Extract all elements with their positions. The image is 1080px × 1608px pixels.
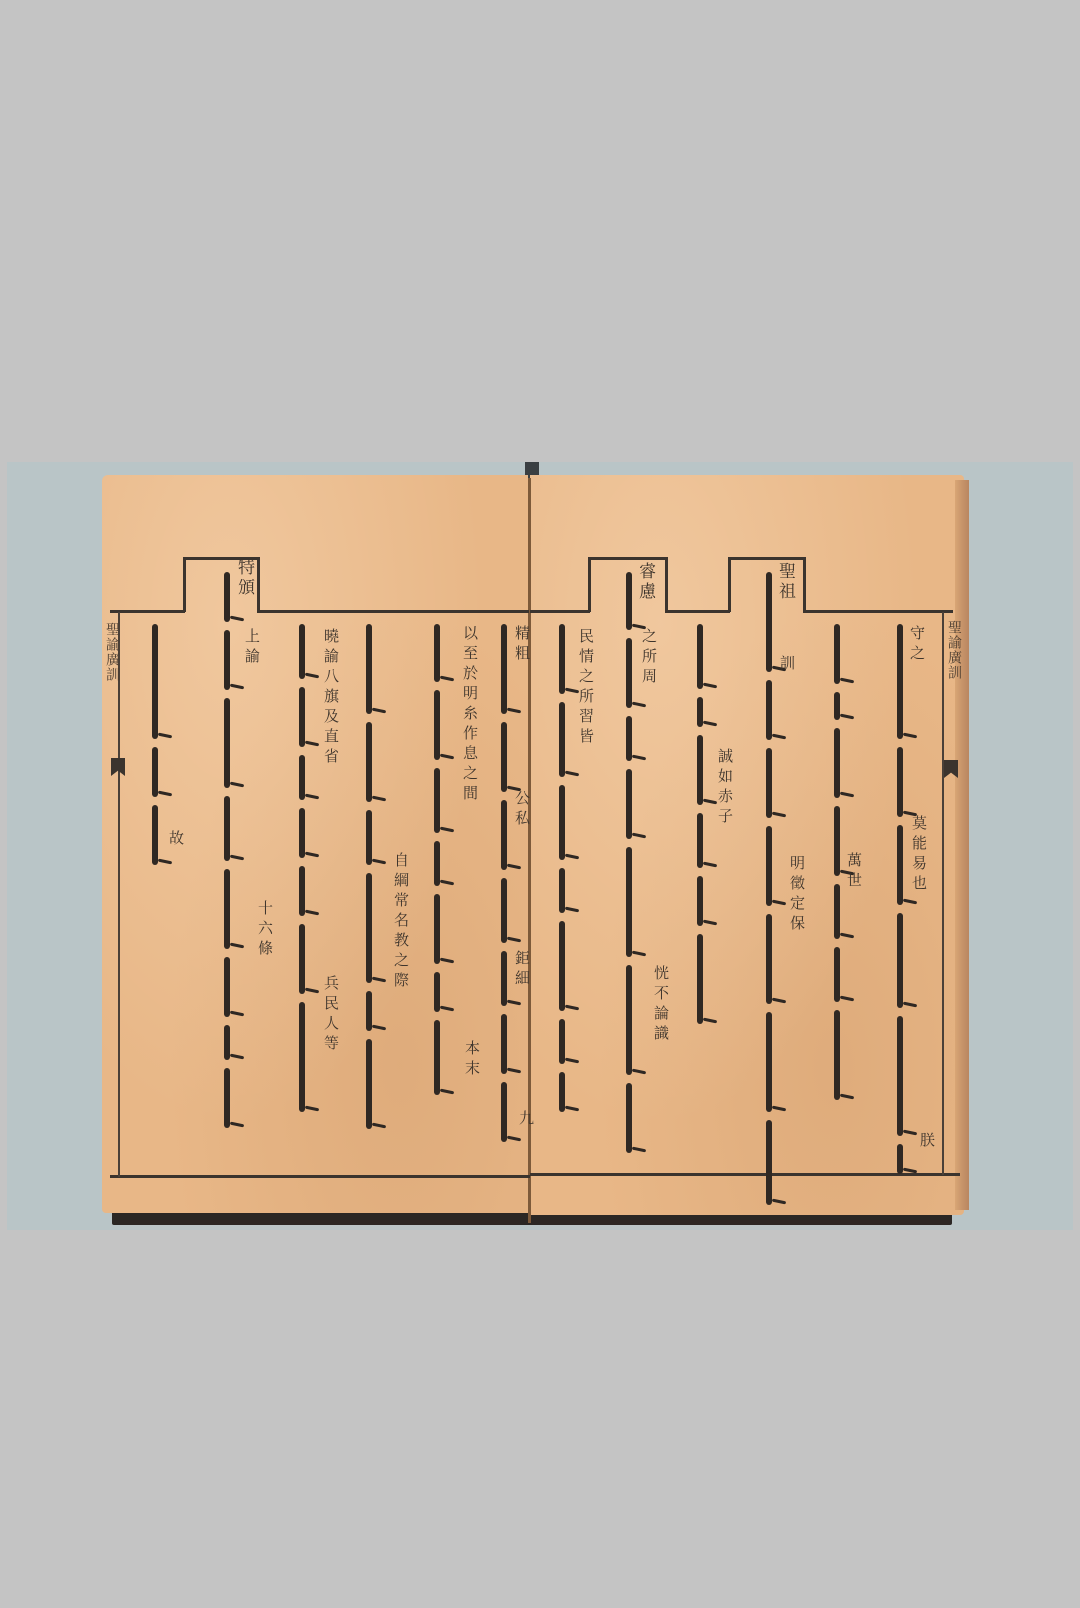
annotation: 自綱常名教之際 [392, 852, 410, 992]
margin-title-left: 聖諭廣訓 [102, 622, 122, 682]
margin-rule-left [118, 612, 120, 1177]
annotation: 守之 [908, 625, 926, 665]
annotation: 十六條 [256, 900, 274, 960]
annotation: 恍不論識 [652, 965, 670, 1045]
tab2-left-edge [588, 557, 591, 612]
header-tab-label: 聖祖 [776, 562, 794, 602]
margin-rule-right [942, 612, 944, 1175]
annotation: 曉諭八旗及直省 [322, 628, 340, 768]
tab2-top [588, 557, 668, 560]
manchu-column [545, 620, 579, 1116]
annotation: 上諭 [243, 628, 261, 668]
tab-right-edge [257, 557, 260, 612]
annotation: 精粗 [513, 625, 531, 665]
annotation: 公私 [513, 790, 531, 830]
annotation: 故 [167, 830, 185, 850]
frame-top-left-b [257, 610, 529, 613]
manchu-column [420, 620, 454, 1099]
tab3-top [728, 557, 806, 560]
annotation: 誠如赤子 [716, 748, 734, 828]
annotation: 萬世 [845, 852, 863, 892]
tab-left-edge [183, 557, 186, 612]
manchu-column [285, 620, 319, 1116]
manchu-column [352, 620, 386, 1133]
annotation: 訓 [778, 655, 796, 675]
annotation: 兵民人等 [322, 975, 340, 1055]
frame-bottom-left [110, 1175, 530, 1178]
annotation: 以至於明糸作息之間 [461, 625, 479, 805]
annotation: 民情之所習皆 [577, 628, 595, 748]
manchu-column [487, 620, 521, 1146]
frame-top-right-b [665, 610, 730, 613]
manchu-column [683, 620, 717, 1028]
page-edge [955, 480, 969, 1210]
annotation: 鉅細 [513, 950, 531, 990]
annotation: 明徵定保 [788, 855, 806, 935]
header-tab-label: 睿慮 [636, 562, 654, 602]
header-tab-label: 特頒 [235, 558, 253, 598]
annotation: 莫能易也 [910, 815, 928, 895]
tab3-left-edge [728, 557, 731, 612]
tab3-right-edge [803, 557, 806, 612]
manchu-column [883, 620, 917, 1178]
annotation: 九 [517, 1110, 535, 1130]
margin-title-right: 聖諭廣訓 [944, 620, 964, 680]
manchu-column [210, 568, 244, 1132]
frame-top-left-a [110, 610, 185, 613]
annotation: 之所周 [640, 628, 658, 688]
tab2-right-edge [665, 557, 668, 612]
annotation: 朕 [918, 1132, 936, 1152]
frame-top-right-c [803, 610, 953, 613]
annotation: 本末 [463, 1040, 481, 1080]
frame-top-right-a [530, 610, 590, 613]
